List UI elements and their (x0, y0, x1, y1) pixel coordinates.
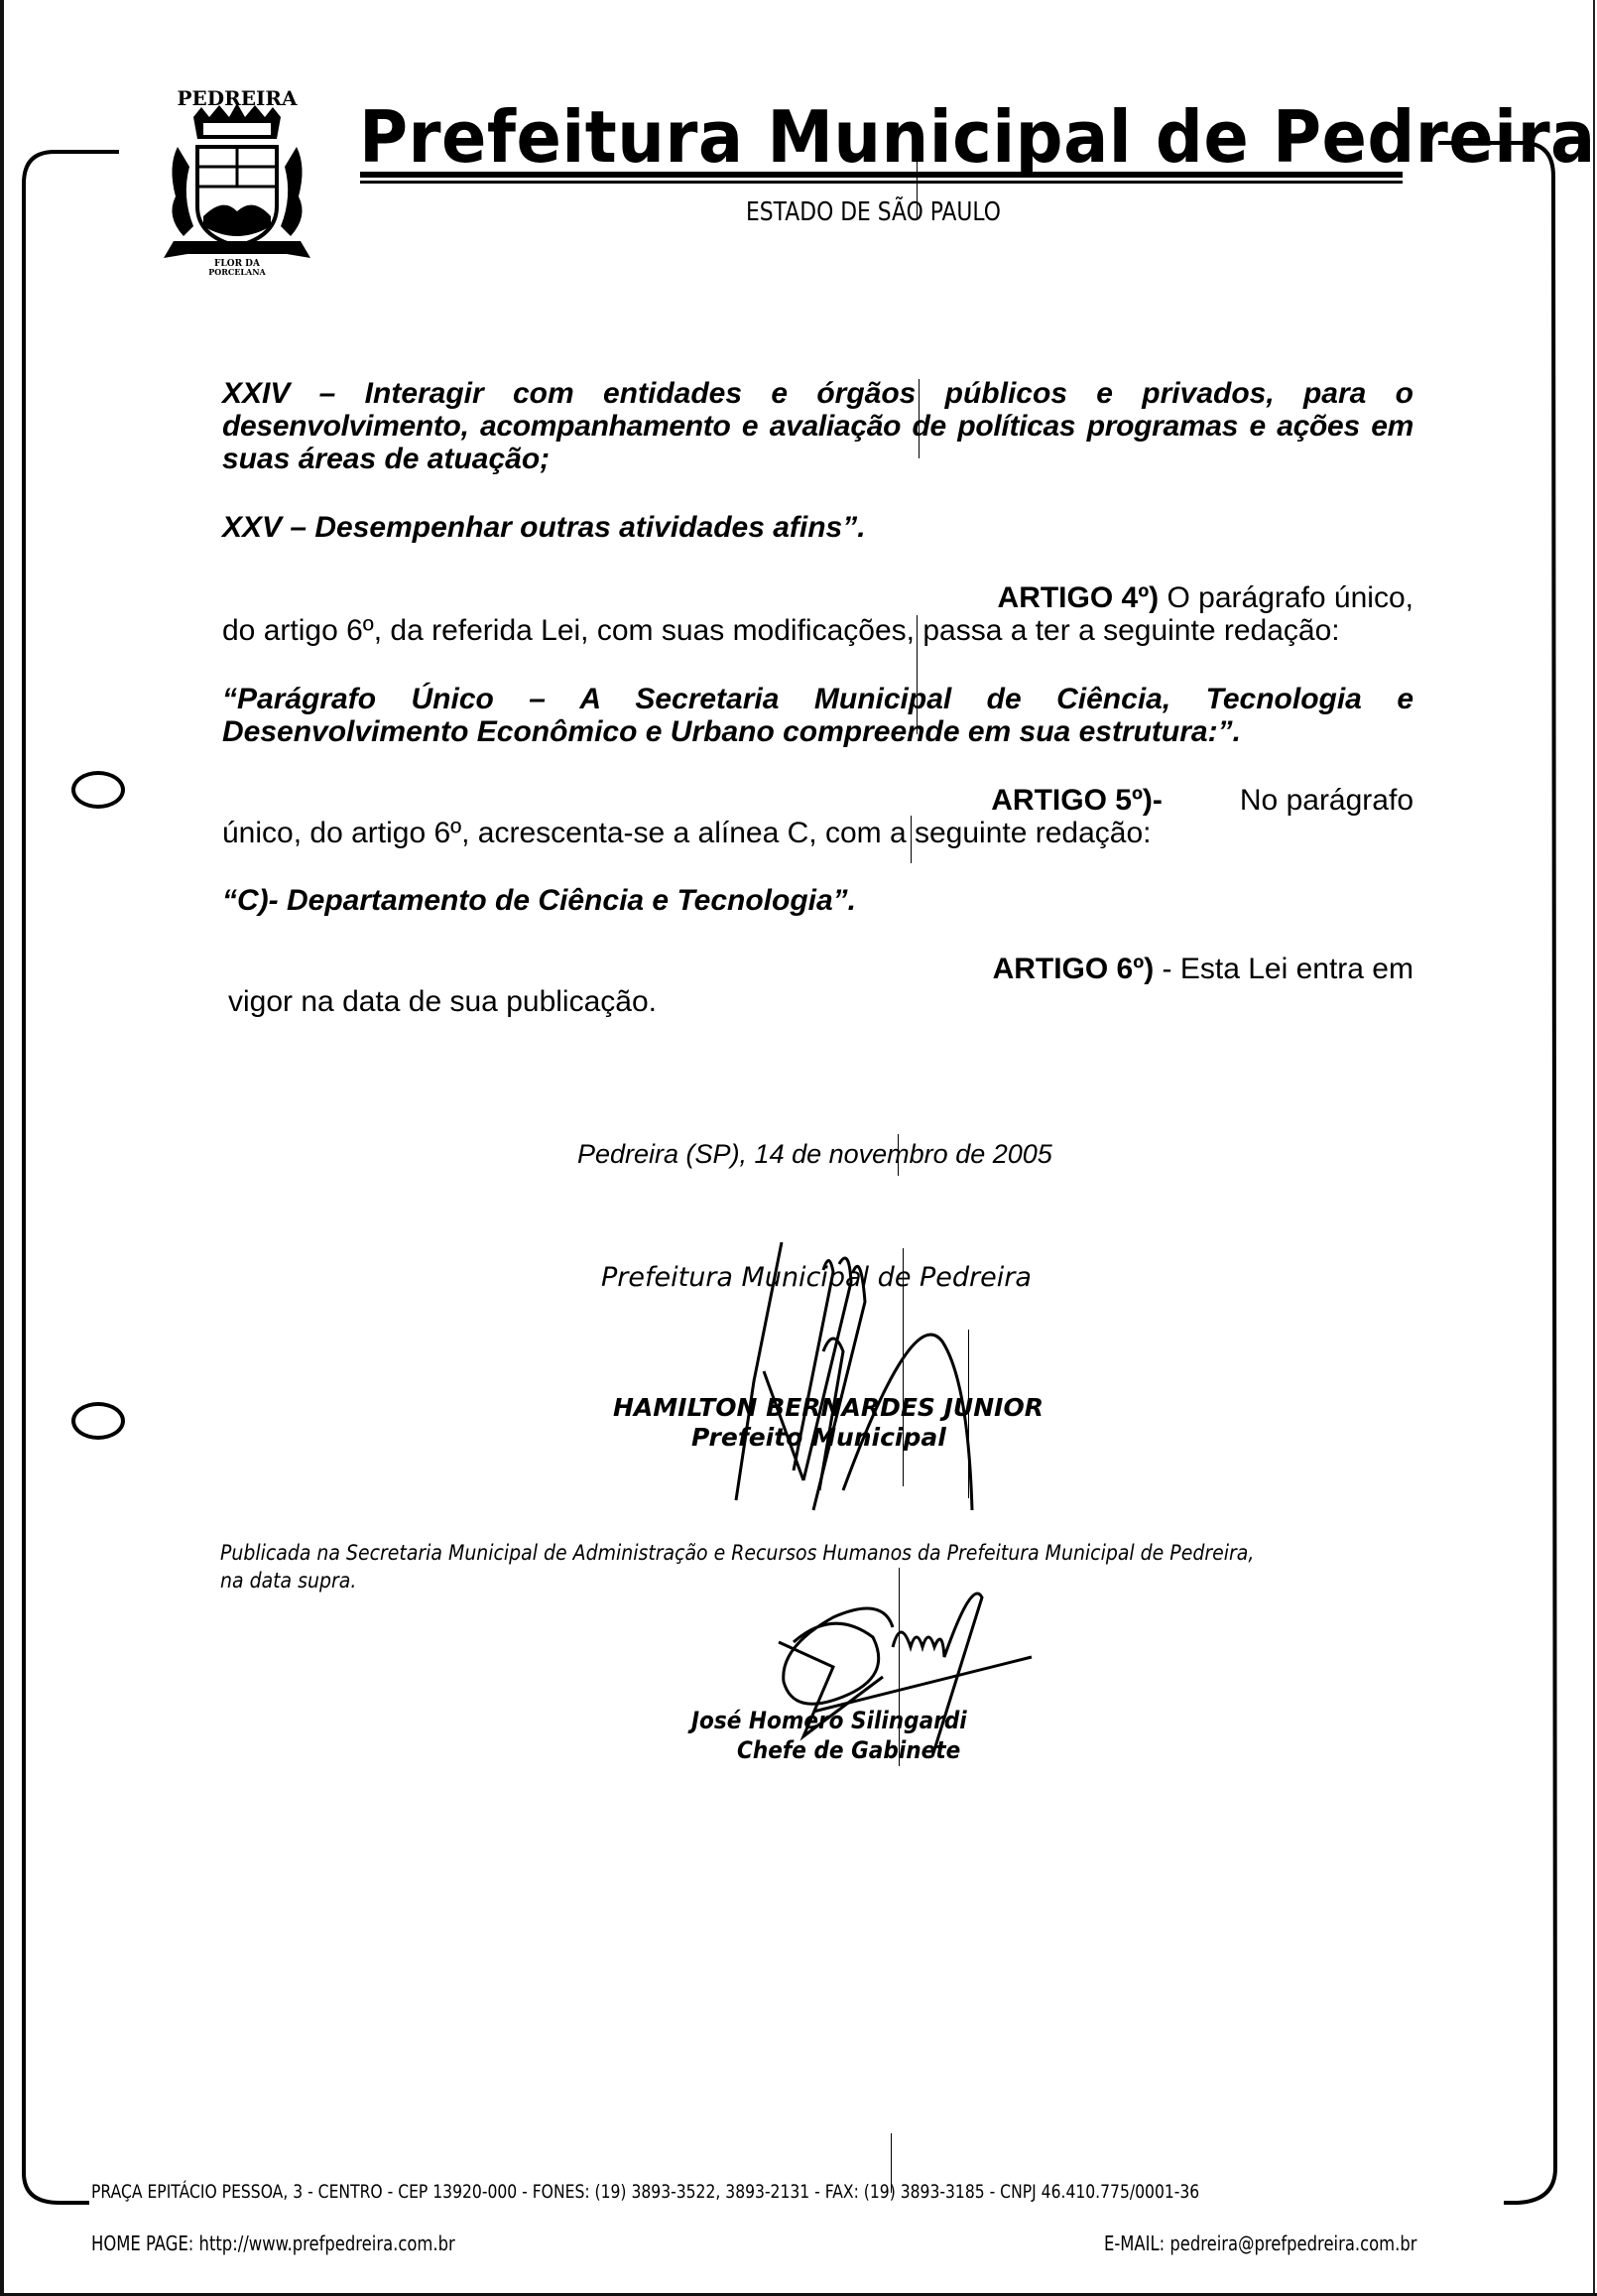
page-title: Prefeitura Municipal de Pedreira (359, 95, 1596, 179)
item-xxiv-line: desenvolvimento, acompanhamento e avalia… (222, 410, 1413, 443)
artigo-4: ARTIGO 4º) O parágrafo único, do artigo … (222, 581, 1413, 647)
title-rule-thin (360, 181, 1403, 184)
item-xxv: XXV – Desempenhar outras atividades afin… (222, 511, 1413, 544)
svg-text:PORCELANA: PORCELANA (208, 267, 266, 276)
punch-hole-top (71, 771, 125, 809)
footer-homepage: HOME PAGE: http://www.prefpedreira.com.b… (91, 2232, 455, 2255)
artigo-4-label: ARTIGO 4º) (998, 581, 1160, 614)
artigo-5: ARTIGO 5º)-No parágrafo único, do artigo… (222, 784, 1413, 849)
page-subtitle: ESTADO DE SÃO PAULO (746, 197, 1001, 227)
publication-line: na data supra. (220, 1567, 1254, 1594)
date-line: Pedreira (SP), 14 de novembro de 2005 (577, 1139, 1052, 1170)
paragrafo-unico: “Parágrafo Único – A Secretaria Municipa… (222, 683, 1413, 748)
alinea-c: “C)- Departamento de Ciência e Tecnologi… (222, 884, 1413, 917)
chief-title: Chefe de Gabinete (737, 1736, 960, 1764)
paragrafo-unico-line: “Parágrafo Único – A Secretaria Municipa… (222, 683, 1413, 715)
artigo-4-first-line: ARTIGO 4º) O parágrafo único, (222, 581, 1413, 614)
artigo-6-first-line: ARTIGO 6º) - Esta Lei entra em (222, 953, 1413, 985)
artigo-5-second-line: único, do artigo 6º, acrescenta-se a alí… (222, 817, 1413, 849)
item-xxiv-line: suas áreas de atuação; (222, 443, 1413, 475)
paragrafo-unico-line: Desenvolvimento Econômico e Urbano compr… (222, 715, 1413, 748)
title-rule-thick (360, 172, 1403, 178)
artigo-5-label: ARTIGO 5º)- (991, 784, 1163, 817)
item-xxiv-line: XXIV – Interagir com entidades e órgãos … (222, 377, 1413, 410)
publication-note: Publicada na Secretaria Municipal de Adm… (220, 1539, 1254, 1594)
publication-line: Publicada na Secretaria Municipal de Adm… (220, 1539, 1254, 1567)
punch-hole-bottom (71, 1402, 125, 1440)
artigo-6-text: - Esta Lei entra em (1154, 953, 1413, 985)
artigo-5-text: No parágrafo (1240, 784, 1413, 817)
artigo-6-second-line: vigor na data de sua publicação. (222, 985, 1413, 1018)
artigo-4-text: O parágrafo único, (1159, 581, 1413, 614)
item-xxiv: XXIV – Interagir com entidades e órgãos … (222, 377, 1413, 475)
footer-address: PRAÇA EPITÁCIO PESSOA, 3 - CENTRO - CEP … (91, 2181, 1199, 2203)
chief-name: José Homero Silingardi (691, 1707, 967, 1734)
artigo-6-label: ARTIGO 6º) (993, 953, 1155, 985)
artigo-5-first-line: ARTIGO 5º)-No parágrafo (222, 784, 1413, 817)
municipal-crest-logo: PEDREIRA FLOR DA PORCELANA (154, 77, 320, 276)
artigo-6: ARTIGO 6º) - Esta Lei entra em vigor na … (222, 953, 1413, 1018)
footer-email: E-MAIL: pedreira@prefpedreira.com.br (1104, 2232, 1416, 2255)
mayor-signature (734, 1242, 992, 1520)
artigo-4-second-line: do artigo 6º, da referida Lei, com suas … (222, 614, 1413, 647)
